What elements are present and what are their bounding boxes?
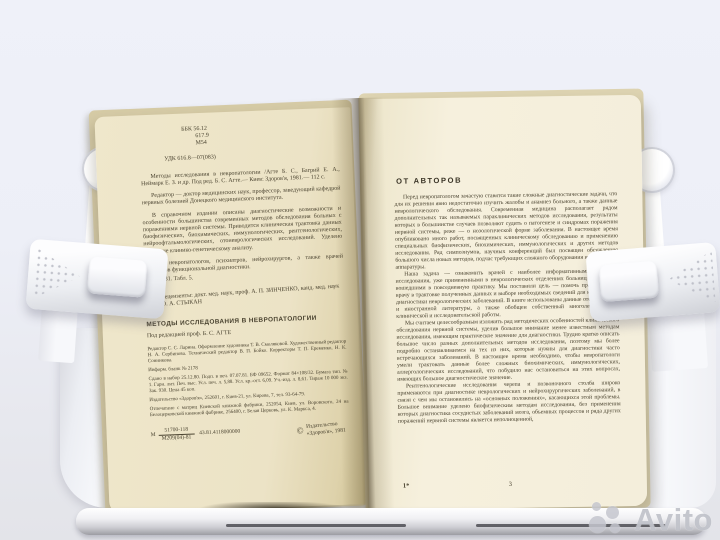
- annotation-paragraph: В справочном издании описаны диагностиче…: [142, 205, 343, 256]
- ledge-slot: [226, 524, 406, 527]
- edited-by-line: Под редакцией проф. Б. С. АГТЕ: [147, 326, 346, 341]
- code-denominator: М209(04)-81: [159, 435, 195, 444]
- grip-dots-pattern: [32, 247, 82, 302]
- publication-code-fraction: 51700-118 М209(04)-81: [158, 427, 194, 444]
- avito-watermark: Avito: [589, 501, 713, 538]
- stand-right-leg: [648, 308, 708, 372]
- copyright-block: © Издательство «Здоров'я», 1981: [296, 421, 346, 438]
- photo-background: ББК 56.12 617.9 М54 УДК 616.8—07(083) Ме…: [0, 0, 720, 540]
- bibliography-entry: Методы исследования в невропатологии /Аг…: [141, 167, 340, 189]
- stand-left-leg: [38, 305, 78, 363]
- body-paragraph: Наша задача — ознакомить врачей с наибол…: [396, 268, 620, 320]
- grip-dots-pattern: [666, 250, 716, 305]
- udk-classification-code: УДК 616.8—07(083): [164, 149, 339, 163]
- code-prefix: М: [151, 432, 156, 439]
- body-paragraph: Мы считаем целесообразным изложить ряд м…: [396, 317, 620, 383]
- editor-note: Редактор — доктор медицинских наук, проф…: [141, 186, 340, 208]
- right-clip-flap: [599, 261, 660, 302]
- publication-code-row: М 51700-118 М209(04)-81 43.81.4118000000…: [150, 421, 349, 444]
- copyright-icon: ©: [297, 428, 304, 436]
- bbk-classification-code: ББК 56.12 617.9 М54: [181, 121, 339, 149]
- avito-logo-icon: [589, 501, 627, 538]
- stand-right-page-clip: [585, 242, 720, 322]
- chapter-heading: ОТ АВТОРОВ: [396, 173, 617, 185]
- stand-left-page-clip: [25, 239, 168, 320]
- body-paragraph: Рентгенологические исследования черепа и…: [397, 380, 621, 425]
- reviewers-line: Рецензенты: докт. мед. наук, проф. А. П.…: [145, 284, 345, 311]
- avito-wordmark: Avito: [634, 502, 713, 538]
- left-clip-flap: [87, 256, 148, 297]
- code-suffix: 43.81.4118000000: [199, 429, 240, 438]
- body-paragraph: Перед невропатологом зачастую ставятся т…: [394, 191, 618, 271]
